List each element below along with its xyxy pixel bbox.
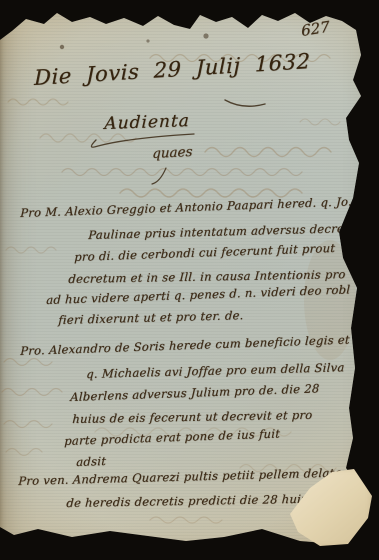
- entry-line: Pro. Alexandro de Soris herede cum benef…: [20, 330, 379, 358]
- entry-line: adsit: [76, 454, 106, 469]
- manuscript-page: 627 Die Jovis 29 Julij 1632 Audienta qua…: [0, 0, 379, 560]
- photo-background: 627 Die Jovis 29 Julij 1632 Audienta qua…: [0, 0, 379, 560]
- entry-line: pro di. die cerbondi cui fecerunt fuit p…: [74, 241, 335, 264]
- date-heading: Die Jovis 29 Julij 1632: [34, 49, 311, 90]
- entry-line: Alberlens adversus Julium pro de. die 28: [70, 381, 320, 404]
- audience-heading: Audienta: [104, 111, 190, 134]
- entry-line: parte prodicta erat pone de ius fuit: [64, 426, 280, 448]
- entry-line: Pro ven. Andrema Quarezi pultis petiit p…: [18, 465, 367, 488]
- entry-line: Pro M. Alexio Greggio et Antonio Paapari…: [20, 194, 352, 220]
- entry-line: huius de eis fecerunt ut decrevit et pro: [72, 408, 313, 426]
- audience-subheading: quaes: [152, 144, 193, 162]
- entry-line: Paulinae prius intentatum adversus decre…: [88, 221, 368, 242]
- entry-line: fieri dixerunt ut et pro ter. de.: [58, 308, 244, 327]
- folio-number: 627: [300, 18, 330, 40]
- entry-line: ad huc videre aperti q. penes d. n. vide…: [46, 282, 351, 307]
- entry-line: q. Michaelis avi Joffae pro eum della Si…: [86, 360, 345, 381]
